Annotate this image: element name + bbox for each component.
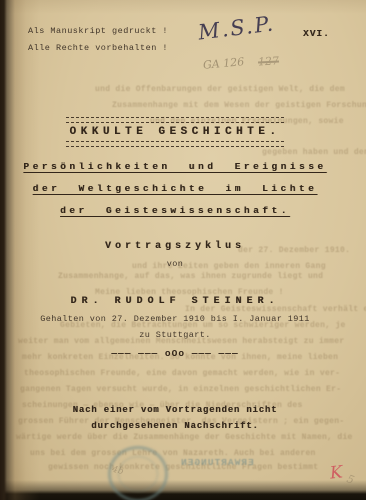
bleedthrough-text-line: und die Offenbarungen der geistigen Welt…: [95, 85, 345, 94]
page-title: OKKULTE GESCHICHTE.: [4, 126, 346, 138]
subtitle-line-2: der Weltgeschichte im Lichte: [4, 183, 346, 194]
transcript-note-line1: Nach einer vom Vortragenden nicht: [4, 405, 346, 415]
volume-number: XVI.: [303, 28, 330, 39]
bleedthrough-text-line: Zusammenhange, auf das, was ihnen zugrun…: [58, 272, 323, 281]
subtitle-line-1: Persönlichkeiten und Ereignisse: [4, 161, 346, 172]
rights-notice-line2: Alle Rechte vorbehalten !: [28, 43, 168, 53]
series-label: Vortragszyklus: [4, 241, 346, 252]
bleedthrough-text-line: Zusammenhange mit dem Wesen der geistige…: [112, 101, 366, 110]
transcript-note-line2: durchgesehenen Nachschrift.: [4, 421, 346, 431]
ornament-divider: ——— ——— oOo ——— ———: [4, 348, 346, 359]
lecture-place: zu Stuttgart.: [4, 330, 346, 340]
subtitle-line-3: der Geisteswissenschaft.: [4, 205, 346, 216]
title-rule-bottom: [66, 141, 284, 147]
mirrored-stamp-text: ERWARTUNGEN: [180, 457, 254, 468]
title-block: OKKULTE GESCHICHTE.: [4, 117, 346, 147]
handwritten-initials: M.S.P.: [197, 11, 276, 44]
pencil-catalogue-note: GA 126: [203, 55, 245, 72]
scanned-title-page: und die Offenbarungen der geistigen Welt…: [0, 0, 366, 500]
bleedthrough-text-line: theosophischen Freunde, eine davon gemac…: [24, 369, 340, 378]
stamp-inner-ring: [118, 456, 158, 492]
author-name: DR. RUDOLF STEINER.: [4, 296, 346, 307]
pencil-number-mark: 5: [345, 472, 356, 487]
bleedthrough-text-line: wärtige werde über die Zusammenhänge der…: [16, 433, 353, 442]
bleedthrough-text-line: gangenen Tagen versucht wurde, in einzel…: [20, 385, 341, 394]
lecture-dates: Gehalten von 27. Dezember 1910 bis I. Ja…: [4, 314, 346, 324]
red-crayon-mark: K: [329, 462, 344, 483]
title-rule-top: [66, 117, 284, 123]
bleedthrough-text-line: uns bei dem grossen Lehre von Nazareth. …: [30, 449, 316, 458]
pencil-struck-note: 127: [258, 54, 280, 68]
bleedthrough-text-line: gegeben haben und den inneren: [262, 148, 366, 157]
rights-notice-line1: Als Manuskript gedruckt !: [28, 26, 168, 36]
byline: von: [4, 259, 346, 269]
